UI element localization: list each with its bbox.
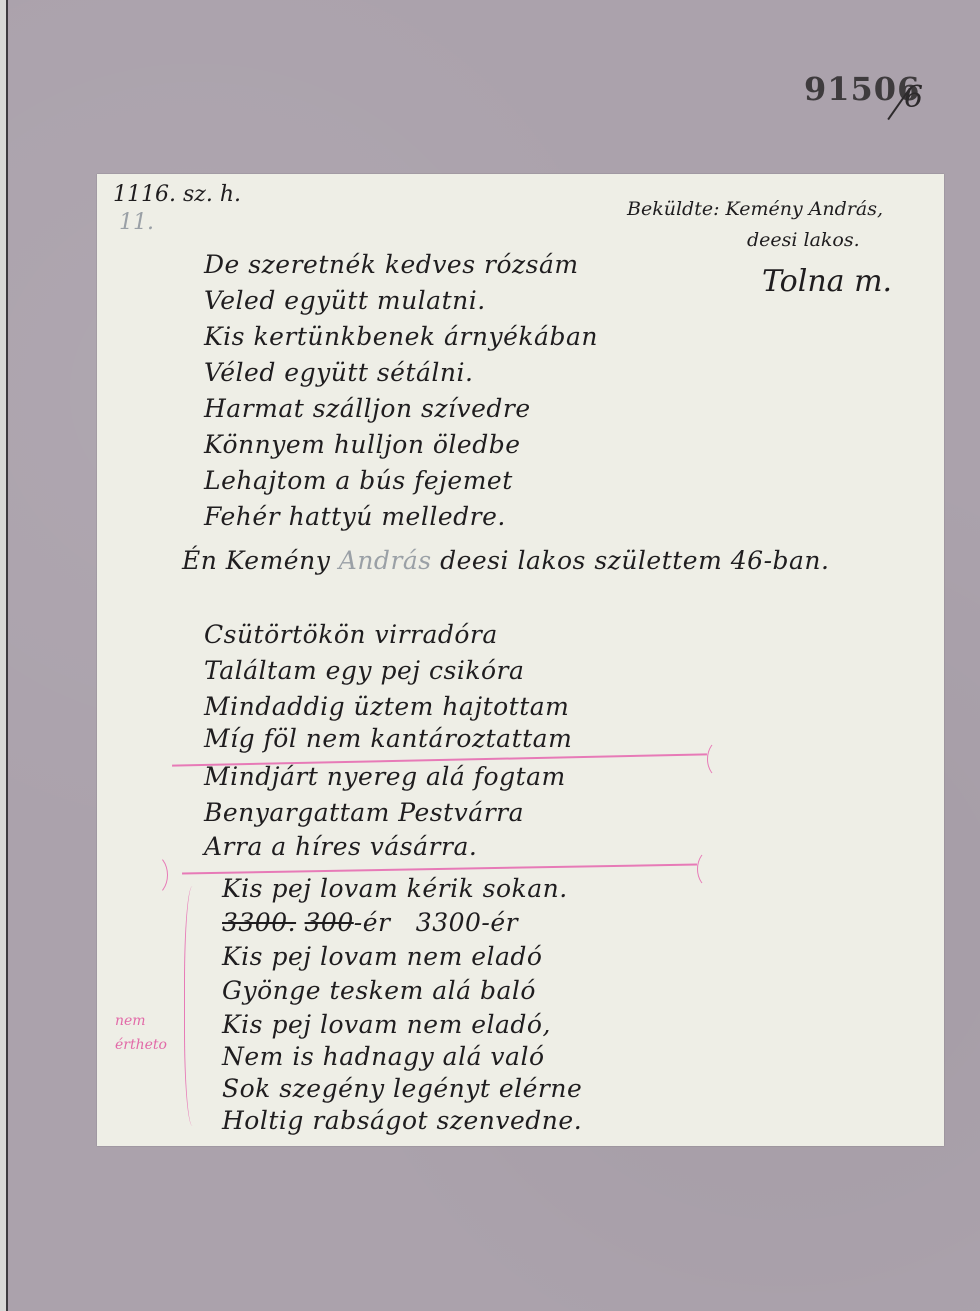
verse-line: Lehajtom a bús fejemet bbox=[204, 466, 513, 495]
pencil-number: 11. bbox=[119, 210, 154, 235]
statement-end: deesi lakos születtem 46-ban. bbox=[440, 546, 829, 575]
verse-line: Könnyem hulljon öledbe bbox=[204, 430, 521, 459]
binding-edge bbox=[0, 0, 8, 1311]
verse-line: Mindaddig üztem hajtottam bbox=[204, 692, 569, 721]
reference-number: 1116. sz. h. bbox=[113, 182, 241, 207]
informant-line-1: Beküldte: Kemény András, bbox=[627, 198, 883, 220]
manuscript-sheet: 1116. sz. h. 11. Beküldte: Kemény András… bbox=[97, 174, 944, 1146]
struck-suffix: -ér bbox=[354, 908, 391, 937]
verse-line: Mindjárt nyereg alá fogtam bbox=[204, 762, 566, 791]
pink-mark-arc bbox=[697, 850, 724, 888]
archive-suffix: 6 bbox=[904, 80, 923, 115]
archive-number: 91506 bbox=[804, 70, 920, 108]
verse-line: Holtig rabságot szenvedne. bbox=[222, 1106, 582, 1135]
verse-line: Csütörtökön virradóra bbox=[204, 620, 498, 649]
birth-statement: Én Kemény András deesi lakos születtem 4… bbox=[182, 546, 829, 575]
verse-line: Nem is hadnagy alá való bbox=[222, 1042, 545, 1071]
verse-line: Fehér hattyú melledre. bbox=[204, 502, 506, 531]
statement-start: Én Kemény bbox=[182, 546, 330, 575]
verse-line: Kis kertünkbenek árnyékában bbox=[204, 322, 598, 351]
pink-mark-arc bbox=[137, 854, 168, 896]
verse-line: Kis pej lovam nem eladó bbox=[222, 942, 542, 971]
price-line: 3300. 300-ér 3300-ér bbox=[222, 908, 518, 937]
pink-mark-arc bbox=[707, 740, 734, 778]
verse-line: Arra a híres vásárra. bbox=[204, 832, 477, 861]
price-value: 3300-ér bbox=[416, 908, 518, 937]
verse-line: Sok szegény legényt elérne bbox=[222, 1074, 582, 1103]
verse-line: De szeretnék kedves rózsám bbox=[204, 250, 579, 279]
pink-mark-line bbox=[182, 864, 697, 874]
verse-line: Találtam egy pej csikóra bbox=[204, 656, 524, 685]
verse-line: Harmat szálljon szívedre bbox=[204, 394, 531, 423]
statement-name-pencil: András bbox=[339, 546, 432, 575]
struck-price-2: 300 bbox=[305, 908, 354, 937]
verse-line: Kis pej lovam kérik sokan. bbox=[222, 874, 568, 903]
verse-line: Benyargattam Pestvárra bbox=[204, 798, 524, 827]
county: Tolna m. bbox=[762, 264, 892, 299]
verse-line: Kis pej lovam nem eladó, bbox=[222, 1010, 551, 1039]
informant-line-2: deesi lakos. bbox=[747, 229, 860, 251]
verse-line: Gyönge teskem alá baló bbox=[222, 976, 536, 1005]
verse-line: Veled együtt mulatni. bbox=[204, 286, 486, 315]
margin-note: nem értheto bbox=[115, 1009, 185, 1057]
struck-price-1: 3300. bbox=[222, 908, 296, 937]
verse-line: Véled együtt sétálni. bbox=[204, 358, 473, 387]
verse-line: Míg föl nem kantároztattam bbox=[204, 724, 572, 753]
pink-brace bbox=[184, 886, 205, 1126]
